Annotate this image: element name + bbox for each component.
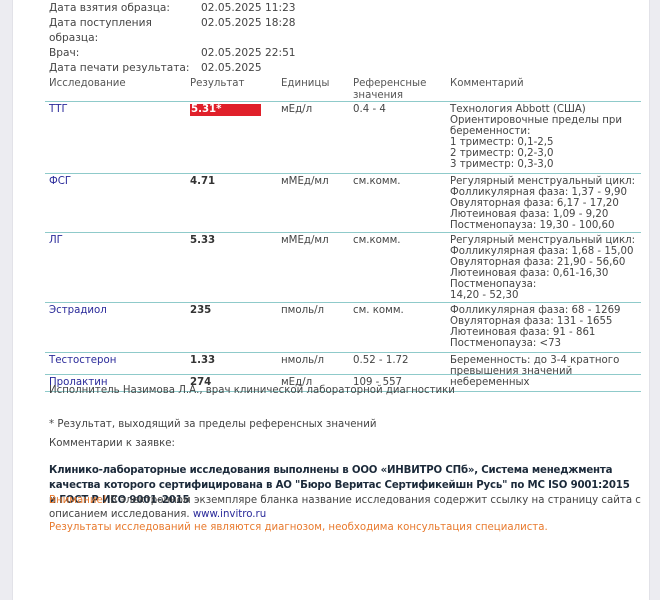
meta-row-received-date: Дата поступления образца: 02.05.2025 18:… (49, 16, 296, 46)
meta-value: 02.05.2025 22:51 (201, 46, 296, 61)
reference-range: см. комм. (353, 305, 404, 317)
comment-text: Регулярный менструальный цикл: Фолликуля… (450, 235, 635, 301)
units-value: мМЕд/мл (281, 235, 329, 247)
reference-range: 0.4 - 4 (353, 104, 386, 116)
executor-line: Исполнитель Назимова Л.А., врач клиничес… (49, 385, 455, 396)
units-value: нмоль/л (281, 355, 324, 367)
units-value: мЕд/л (281, 104, 312, 116)
units-value: мМЕд/мл (281, 176, 329, 188)
header-test: Исследование (49, 78, 126, 90)
report-sheet: Дата взятия образца: 02.05.2025 11:23 Да… (12, 0, 650, 600)
meta-value: 02.05.2025 11:23 (201, 1, 296, 16)
table-row: Тестостерон1.33нмоль/л0.52 - 1.72Беремен… (45, 353, 641, 375)
table-header: Исследование Результат Единицы Референсн… (45, 76, 641, 102)
meta-value: 02.05.2025 (201, 61, 262, 76)
result-value: 5.31* (190, 104, 261, 116)
test-name-link[interactable]: ТТГ (49, 104, 68, 116)
meta-row-doctor: Врач: 02.05.2025 22:51 (49, 46, 296, 61)
meta-label: Дата печати результата: (49, 61, 201, 76)
meta-value: 02.05.2025 18:28 (201, 16, 296, 46)
table-row: ФСГ4.71мМЕд/млсм.комм.Регулярный менстру… (45, 174, 641, 233)
warning-block: Внимание! В электронном экземпляре бланк… (49, 494, 649, 535)
out-of-range-footnote: * Результат, выходящий за пределы рефере… (49, 419, 376, 430)
comment-text: Технология Abbott (США) Ориентировочные … (450, 104, 622, 170)
result-value: 5.33 (190, 235, 215, 247)
test-name-link[interactable]: ФСГ (49, 176, 71, 188)
meta-label: Дата поступления образца: (49, 16, 201, 46)
meta-label: Врач: (49, 46, 201, 61)
test-name-link[interactable]: ЛГ (49, 235, 63, 247)
results-table: Исследование Результат Единицы Референсн… (45, 76, 641, 392)
header-result: Результат (190, 78, 244, 90)
test-name-link[interactable]: Эстрадиол (49, 305, 107, 317)
table-row: Эстрадиол235пмоль/лсм. комм.Фолликулярна… (45, 303, 641, 353)
header-units: Единицы (281, 78, 329, 90)
invitro-link[interactable]: www.invitro.ru (193, 509, 266, 520)
disclaimer-text: Результаты исследований не являются диаг… (49, 522, 548, 533)
warning-prefix: Внимание! (49, 495, 107, 506)
table-row: ЛГ5.33мМЕд/млсм.комм.Регулярный менструа… (45, 233, 641, 303)
result-value: 235 (190, 305, 211, 317)
reference-range: см.комм. (353, 235, 401, 247)
reference-range: см.комм. (353, 176, 401, 188)
order-comments-label: Комментарии к заявке: (49, 438, 175, 449)
warning-text: В электронном экземпляре бланка название… (49, 495, 641, 520)
result-value: 4.71 (190, 176, 215, 188)
meta-row-sample-date: Дата взятия образца: 02.05.2025 11:23 (49, 1, 296, 16)
units-value: пмоль/л (281, 305, 324, 317)
comment-text: Фолликулярная фаза: 68 - 1269 Овуляторна… (450, 305, 621, 349)
header-reference: Референсные значения (353, 78, 426, 102)
reference-range: 0.52 - 1.72 (353, 355, 409, 367)
sample-meta: Дата взятия образца: 02.05.2025 11:23 Да… (49, 1, 296, 76)
comment-text: Регулярный менструальный цикл: Фолликуля… (450, 176, 635, 231)
meta-row-print-date: Дата печати результата: 02.05.2025 (49, 61, 296, 76)
test-name-link[interactable]: Тестостерон (49, 355, 116, 367)
table-row: ТТГ5.31*мЕд/л0.4 - 4Технология Abbott (С… (45, 102, 641, 174)
meta-label: Дата взятия образца: (49, 1, 201, 16)
header-comment: Комментарий (450, 78, 524, 90)
result-value: 1.33 (190, 355, 215, 367)
